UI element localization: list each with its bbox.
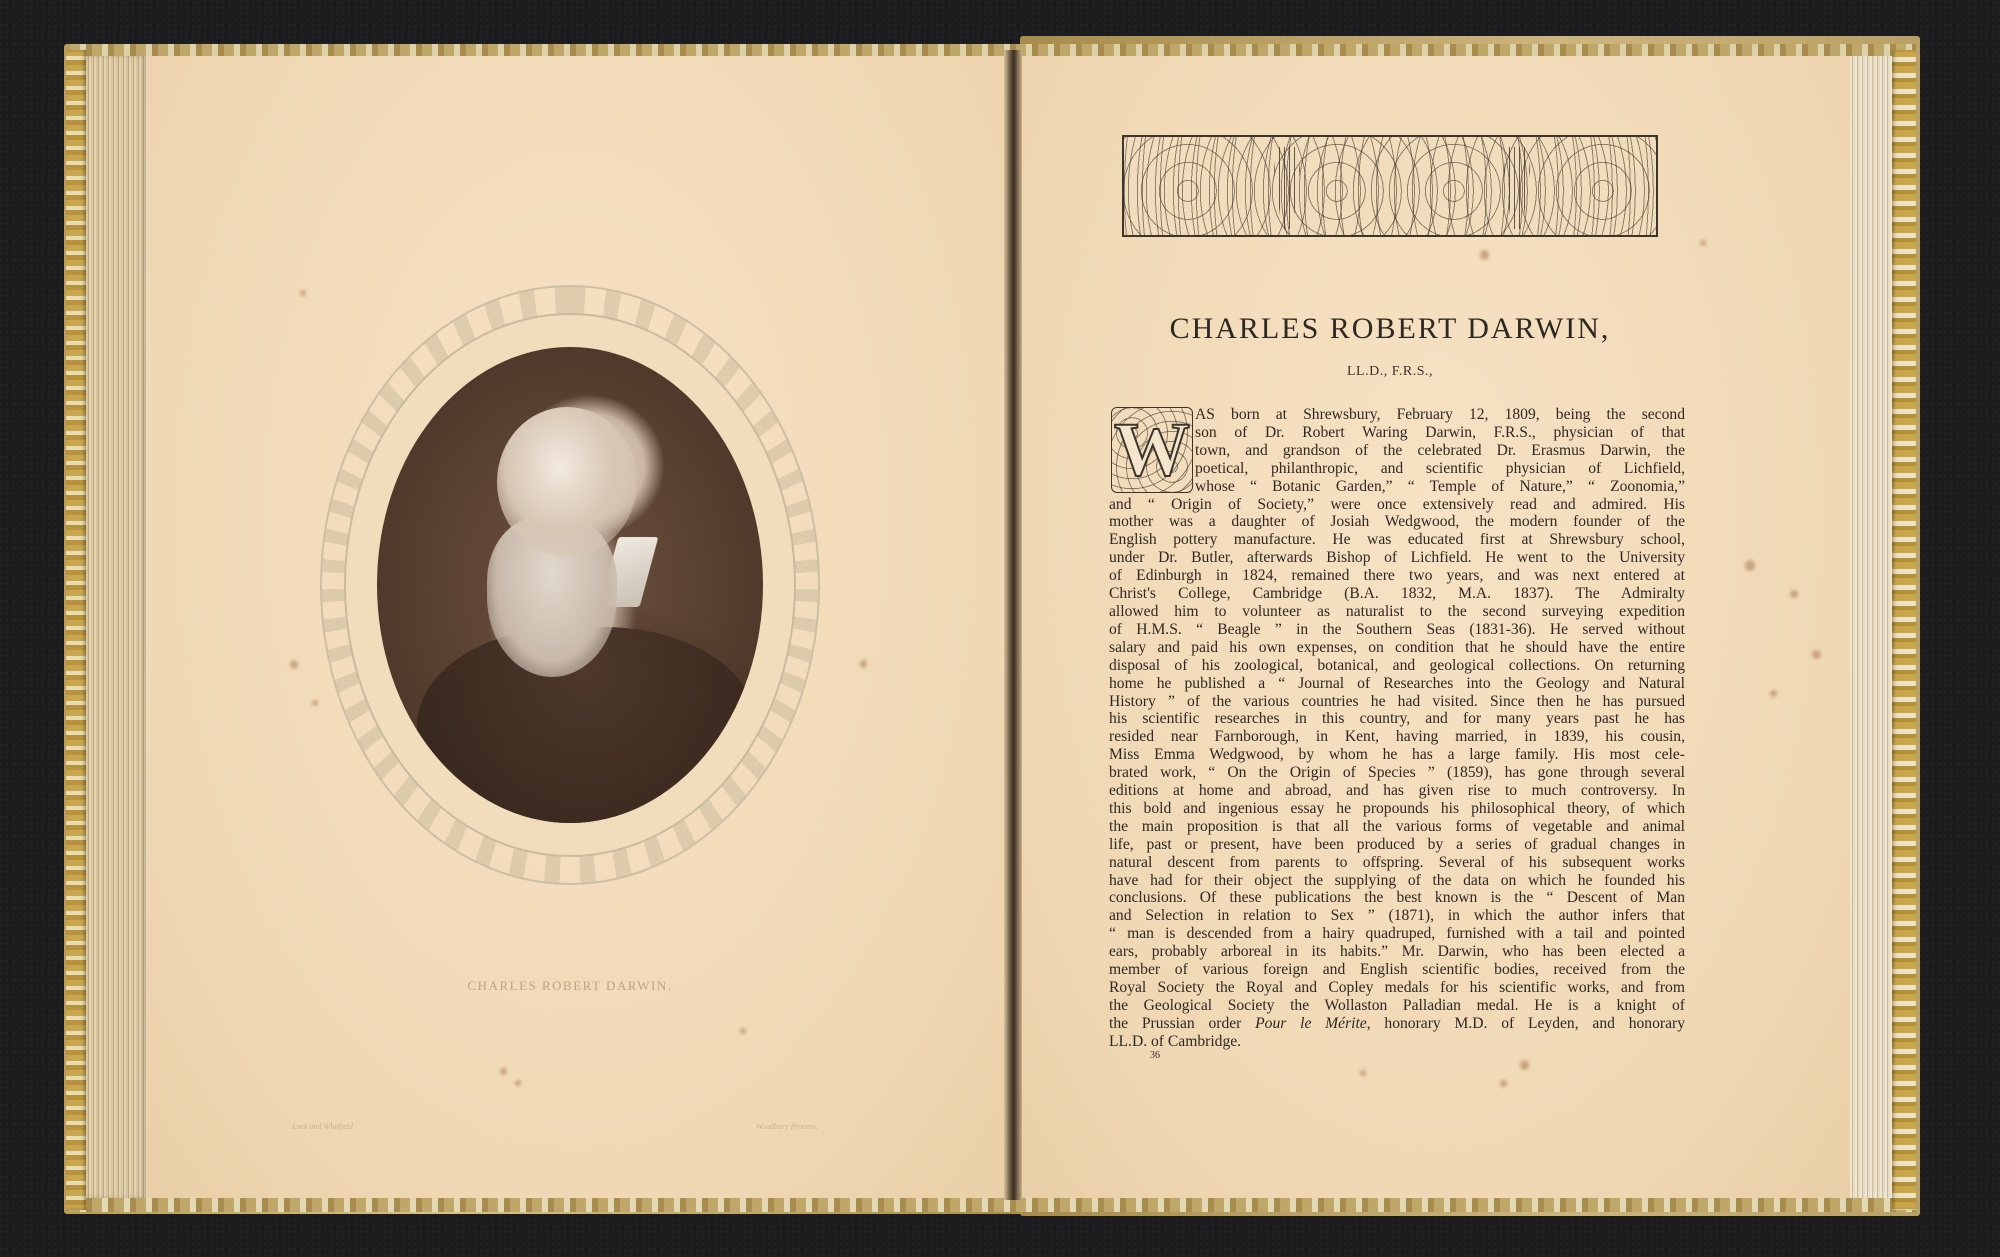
- portrait-photograph: [377, 347, 763, 823]
- text-line: English pottery manufacture. He was educ…: [1109, 531, 1685, 549]
- text-line: this bold and ingenious essay he propoun…: [1109, 800, 1685, 818]
- text-line: resided near Farnborough, in Kent, havin…: [1109, 728, 1685, 746]
- text-line: home he published a “ Journal of Researc…: [1109, 675, 1685, 693]
- page-block-right: [1850, 56, 1892, 1198]
- text-line: have had for their object the supplying …: [1109, 872, 1685, 890]
- foxing-spot: [1480, 250, 1489, 260]
- book-gutter: [1004, 50, 1022, 1200]
- plate-caption: CHARLES ROBERT DARWIN.: [380, 978, 760, 994]
- text-line-prussian: the Prussian order Pour le Mérite, honor…: [1109, 1015, 1685, 1033]
- page-block-left: [86, 56, 146, 1198]
- foxing-spot: [300, 290, 306, 296]
- text-line: of Edinburgh in 1824, remained there two…: [1109, 567, 1685, 585]
- ornamental-headpiece: [1122, 135, 1658, 237]
- text-line: mother was a daughter of Josiah Wedgwood…: [1109, 513, 1685, 531]
- process-imprint: Woodbury Process.: [756, 1122, 818, 1131]
- text-line: member of various foreign and English sc…: [1109, 961, 1685, 979]
- foxing-spot: [1790, 590, 1798, 598]
- cover-edge-top: [70, 44, 1916, 56]
- text-line: conclusions. Of these publications the b…: [1109, 889, 1685, 907]
- foxing-spot: [1520, 1060, 1529, 1070]
- text-fragment: , honorary M.D. of Leyden, and honorary: [1367, 1015, 1685, 1032]
- text-line: poetical, philanthropic, and scientific …: [1109, 460, 1685, 478]
- text-line: brated work, “ On the Origin of Species …: [1109, 764, 1685, 782]
- text-line: life, past or present, have been produce…: [1109, 836, 1685, 854]
- urn-ornament: [1504, 147, 1530, 229]
- text-fragment: the Prussian order: [1109, 1015, 1255, 1032]
- foxing-spot: [860, 660, 867, 668]
- text-line: and Selection in relation to Sex ” (1871…: [1109, 907, 1685, 925]
- text-line: the main proposition is that all the var…: [1109, 818, 1685, 836]
- photographer-imprint: Lock and Whitfield: [292, 1122, 353, 1131]
- text-line: “ man is descended from a hairy quadrupe…: [1109, 925, 1685, 943]
- text-line: salary and paid his own expenses, on con…: [1109, 639, 1685, 657]
- gilt-edge-right: [1892, 50, 1916, 1210]
- portrait-head: [497, 407, 637, 557]
- page-number: 36: [1150, 1050, 1160, 1061]
- text-line: Miss Emma Wedgwood, by whom he has a lar…: [1109, 746, 1685, 764]
- text-line: his scientific researches in this countr…: [1109, 710, 1685, 728]
- foxing-spot: [1360, 1070, 1366, 1076]
- text-line: History ” of the various countries he ha…: [1109, 693, 1685, 711]
- text-line: son of Dr. Robert Waring Darwin, F.R.S.,…: [1109, 424, 1685, 442]
- biography-title: CHARLES ROBERT DARWIN,: [1120, 312, 1660, 346]
- text-line: disposal of his zoological, botanical, a…: [1109, 657, 1685, 675]
- foxing-spot: [1812, 650, 1821, 659]
- foxing-spot: [312, 700, 318, 706]
- text-line: allowed him to volunteer as naturalist t…: [1109, 603, 1685, 621]
- text-line: under Dr. Butler, afterwards Bishop of L…: [1109, 549, 1685, 567]
- foxing-spot: [290, 660, 298, 669]
- text-line: the Geological Society the Wollaston Pal…: [1109, 997, 1685, 1015]
- foxing-spot: [740, 1028, 746, 1034]
- foxing-spot: [1700, 240, 1706, 246]
- biography-body: AS born at Shrewsbury, February 12, 1809…: [1109, 406, 1685, 1051]
- text-line: editions at home and abroad, and has giv…: [1109, 782, 1685, 800]
- text-line: ears, probably arboreal in its habits.” …: [1109, 943, 1685, 961]
- gilt-edge-left: [66, 50, 86, 1210]
- text-line: and “ Origin of Society,” were once exte…: [1109, 496, 1685, 514]
- foxing-spot: [1500, 1080, 1507, 1087]
- text-line: natural descent from parents to offsprin…: [1109, 854, 1685, 872]
- text-line: of H.M.S. “ Beagle ” in the Southern Sea…: [1109, 621, 1685, 639]
- biography-degrees: LL.D., F.R.S.,: [1120, 364, 1660, 380]
- text-line: whose “ Botanic Garden,” “ Temple of Nat…: [1109, 478, 1685, 496]
- text-line: Christ's College, Cambridge (B.A. 1832, …: [1109, 585, 1685, 603]
- foxing-spot: [500, 1068, 507, 1075]
- foxing-spot: [1745, 560, 1755, 571]
- urn-ornament: [1274, 147, 1300, 229]
- text-line-final: LL.D. of Cambridge.: [1109, 1033, 1685, 1051]
- text-line: AS born at Shrewsbury, February 12, 1809…: [1109, 406, 1685, 424]
- text-line: town, and grandson of the celebrated Dr.…: [1109, 442, 1685, 460]
- foxing-spot: [1770, 690, 1777, 697]
- cover-edge-bottom: [70, 1198, 1916, 1212]
- italic-order-name: Pour le Mérite: [1255, 1015, 1367, 1032]
- foxing-spot: [515, 1080, 521, 1086]
- text-line: Royal Society the Royal and Copley medal…: [1109, 979, 1685, 997]
